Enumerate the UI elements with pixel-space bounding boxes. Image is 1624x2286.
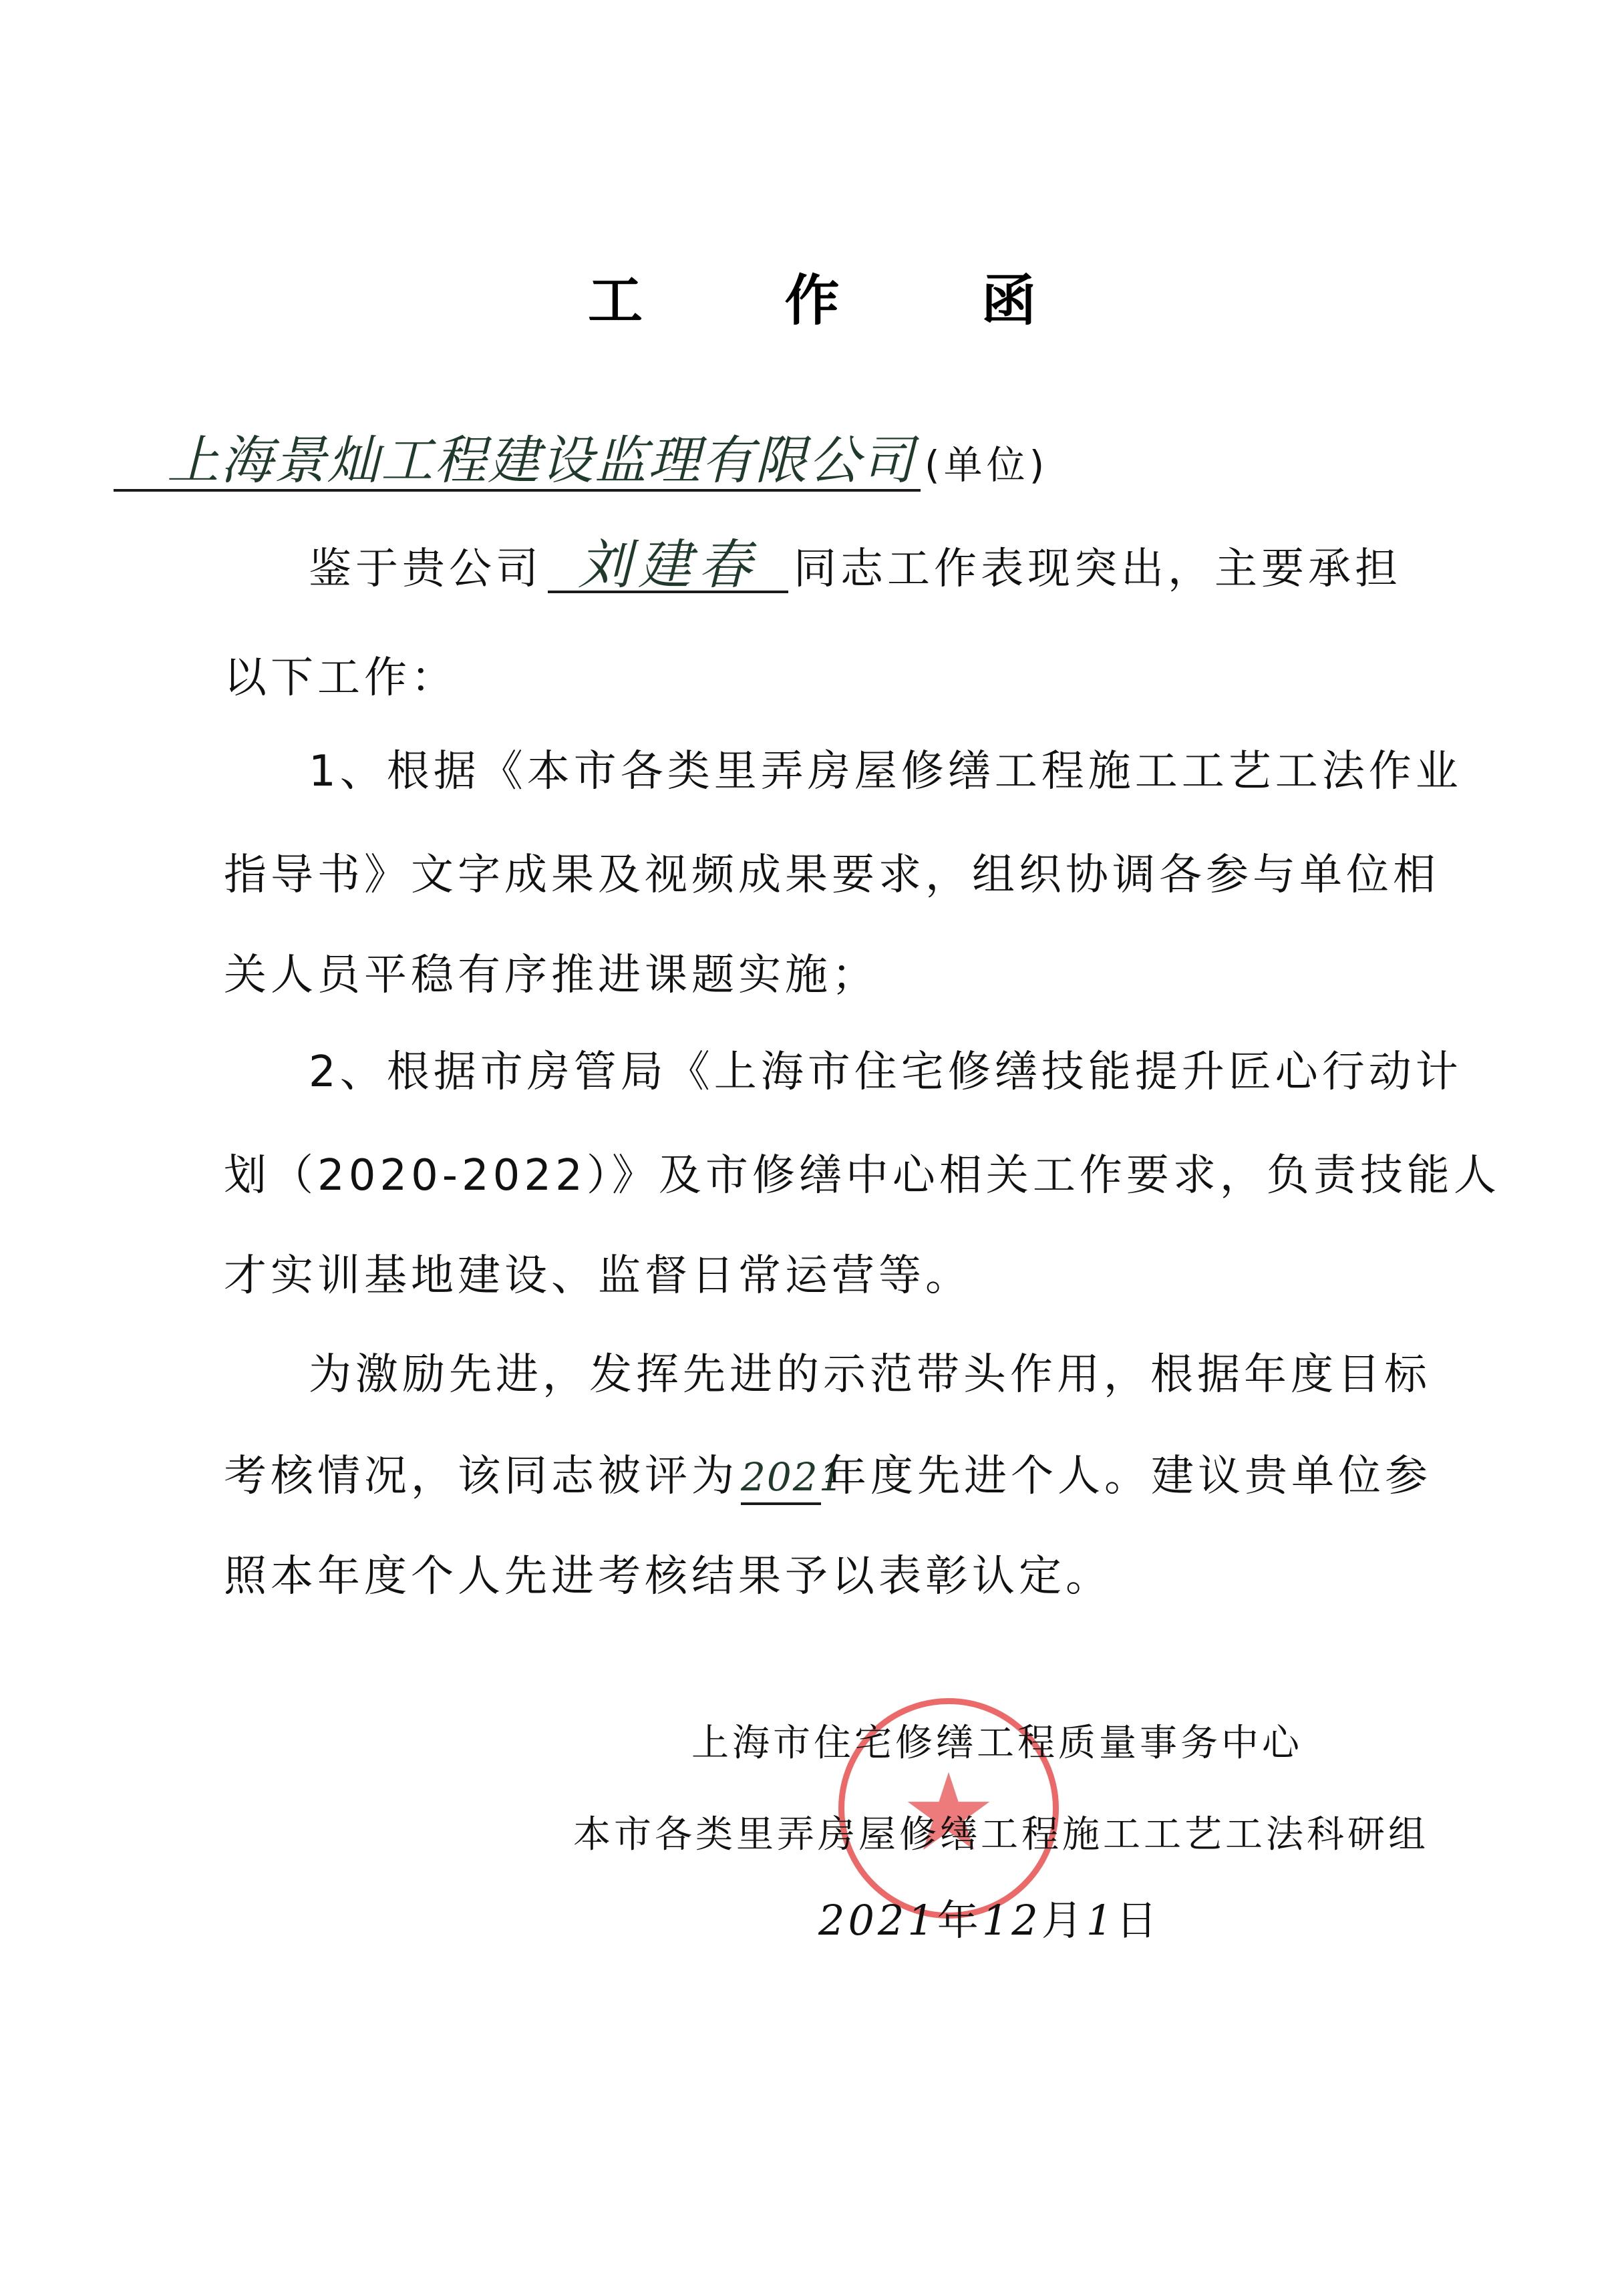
date-day-unit: 日 (1116, 1896, 1160, 1945)
date-day: 1 (1086, 1896, 1116, 1945)
person-name: 刘建春 (548, 540, 788, 593)
item2-line-1: 2、根据市房管局《上海市住宅修缮技能提升匠心行动计 (309, 1045, 1462, 1099)
closing-prefix: 考核情况，该同志被评为 (224, 1452, 738, 1501)
item1-line-3: 关人员平稳有序推进课题实施； (224, 949, 878, 1002)
item1-line-2: 指导书》文字成果及视频成果要求，组织协调各参与单位相 (224, 848, 1440, 902)
addressee-line: 上海景灿工程建设监理有限公司(单位) (167, 434, 1048, 492)
document-title: 工 作 函 (0, 257, 1624, 335)
intro-prefix: 鉴于贵公司 (309, 544, 542, 594)
signature-org-2: 本市各类里弄房屋修缮工程施工工艺工法科研组 (573, 1812, 1429, 1858)
item2-line-2: 划（2020-2022）》及市修缮中心相关工作要求，负责技能人 (224, 1149, 1500, 1202)
award-year: 2021 (741, 1452, 821, 1505)
closing-suffix: 年度先进个人。建议贵单位参 (824, 1452, 1432, 1501)
date-month: 12 (982, 1896, 1041, 1945)
addressee-company: 上海景灿工程建设监理有限公司 (114, 434, 921, 492)
signature-org-1: 上海市住宅修缮工程质量事务中心 (691, 1720, 1303, 1767)
date-year-unit: 年 (937, 1896, 982, 1945)
unit-label: (单位) (925, 442, 1048, 488)
intro-line-1: 鉴于贵公司刘建春同志工作表现突出，主要承担 (309, 540, 1402, 596)
item1-line-1: 1、根据《本市各类里弄房屋修缮工程施工工艺工法作业 (309, 745, 1462, 798)
intro-suffix: 同志工作表现突出，主要承担 (794, 544, 1402, 594)
intro-line-2: 以下工作： (224, 651, 458, 705)
date-month-unit: 月 (1041, 1896, 1086, 1945)
closing-line-3: 照本年度个人先进考核结果予以表彰认定。 (224, 1550, 1112, 1603)
item2-line-3: 才实训基地建设、监督日常运营等。 (224, 1249, 972, 1303)
signature-date: 2021年12月1日 (818, 1897, 1160, 1944)
closing-line-2: 考核情况，该同志被评为2021年度先进个人。建议贵单位参 (224, 1450, 1432, 1505)
closing-line-1: 为激励先进，发挥先进的示范带头作用，根据年度目标 (309, 1348, 1431, 1402)
date-year: 2021 (818, 1896, 937, 1945)
document-page: 工 作 函 上海景灿工程建设监理有限公司(单位) 鉴于贵公司刘建春同志工作表现突… (0, 0, 1624, 2286)
